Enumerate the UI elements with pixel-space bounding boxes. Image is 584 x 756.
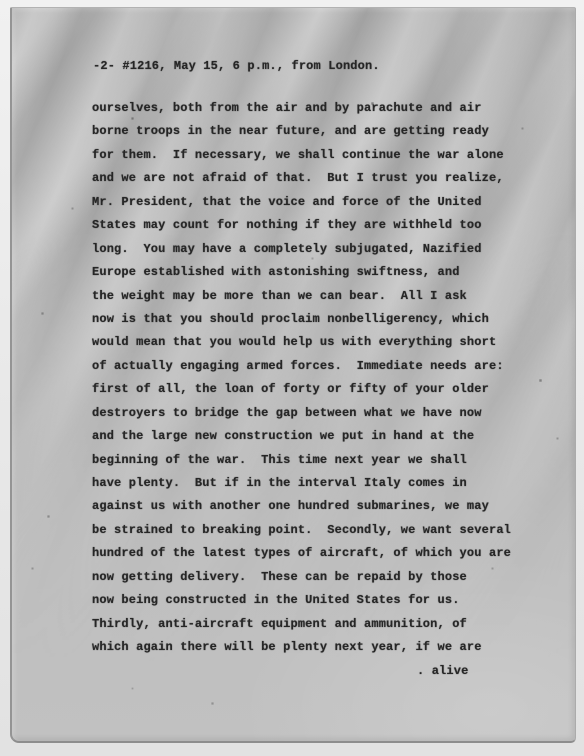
text-line: hundred of the latest types of aircraft,… [92,542,511,565]
text-line: now getting delivery. These can be repai… [92,566,511,589]
text-line: ourselves, both from the air and by para… [92,97,511,120]
text-line: of actually engaging armed forces. Immed… [92,355,511,378]
text-line: Mr. President, that the voice and force … [92,191,511,214]
text-line: and the large new construction we put in… [92,425,511,448]
text-line: borne troops in the near future, and are… [92,120,511,143]
text-line: States may count for nothing if they are… [92,214,511,237]
text-line: and we are not afraid of that. But I tru… [92,167,511,190]
text-line: have plenty. But if in the interval Ital… [92,472,511,495]
catchword: . alive [417,660,468,683]
text-line: now being constructed in the United Stat… [92,589,511,612]
document-body: ourselves, both from the air and by para… [92,97,511,660]
text-line: be strained to breaking point. Secondly,… [92,519,511,542]
text-line: beginning of the war. This time next yea… [92,449,511,472]
text-line: for them. If necessary, we shall continu… [92,144,511,167]
text-line: which again there will be plenty next ye… [92,636,511,659]
text-line: now is that you should proclaim nonbelli… [92,308,511,331]
text-line: Thirdly, anti-aircraft equipment and amm… [92,613,511,636]
text-line: against us with another one hundred subm… [92,495,511,518]
text-line: would mean that you would help us with e… [92,331,511,354]
scan-background: -2- #1216, May 15, 6 p.m., from London. … [0,0,584,756]
text-line: long. You may have a completely subjugat… [92,238,511,261]
text-line: destroyers to bridge the gap between wha… [92,402,511,425]
text-line: first of all, the loan of forty or fifty… [92,378,511,401]
text-line: Europe established with astonishing swif… [92,261,511,284]
document-page: -2- #1216, May 15, 6 p.m., from London. … [10,7,576,743]
text-line: the weight may be more than we can bear.… [92,285,511,308]
toner-specks [12,8,13,9]
page-header: -2- #1216, May 15, 6 p.m., from London. [93,59,380,73]
